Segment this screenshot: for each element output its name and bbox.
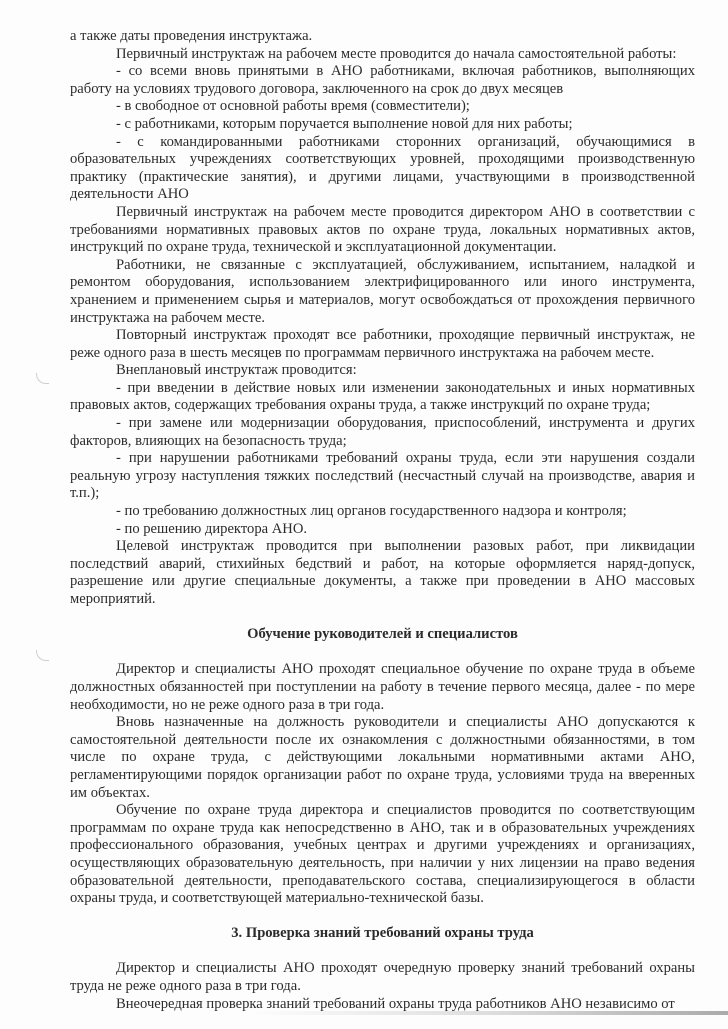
list-item: - при замене или модернизации оборудован…	[70, 415, 695, 450]
paragraph: Внеплановый инструктаж проводится:	[70, 362, 695, 380]
paragraph: Первичный инструктаж на рабочем месте пр…	[70, 46, 695, 64]
paragraph: Целевой инструктаж проводится при выполн…	[70, 538, 695, 608]
spacer	[70, 644, 695, 662]
scan-margin-mark	[36, 373, 49, 384]
list-item: - по требованию должностных лиц органов …	[70, 503, 695, 521]
section-heading: Обучение руководителей и специалистов	[70, 626, 695, 644]
paragraph: Обучение по охране труда директора и спе…	[70, 802, 695, 908]
spacer	[70, 943, 695, 961]
section-heading: 3. Проверка знаний требований охраны тру…	[70, 925, 695, 943]
paragraph: Директор и специалисты АНО проходят спец…	[70, 661, 695, 714]
paragraph: Директор и специалисты АНО проходят очер…	[70, 960, 695, 995]
list-item: - по решению директора АНО.	[70, 521, 695, 539]
paragraph: Первичный инструктаж на рабочем месте пр…	[70, 204, 695, 257]
list-item: - при введении в действие новых или изме…	[70, 380, 695, 415]
paragraph: Повторный инструктаж проходят все работн…	[70, 327, 695, 362]
scan-margin-mark	[36, 650, 49, 661]
paragraph: Работники, не связанные с эксплуатацией,…	[70, 257, 695, 327]
paragraph: Вновь назначенные на должность руководит…	[70, 714, 695, 802]
list-item: - со всеми вновь принятыми в АНО работни…	[70, 63, 695, 98]
paragraph: а также даты проведения инструктажа.	[70, 28, 695, 46]
list-item: - с командированными работниками сторонн…	[70, 134, 695, 204]
list-item: - с работниками, которым поручается выпо…	[70, 116, 695, 134]
paragraph: Внеочередная проверка знаний требований …	[70, 996, 695, 1014]
spacer	[70, 609, 695, 627]
spacer	[70, 908, 695, 926]
document-page: а также даты проведения инструктажа.Перв…	[70, 28, 695, 1013]
list-item: - при нарушении работниками требований о…	[70, 450, 695, 503]
list-item: - в свободное от основной работы время (…	[70, 98, 695, 116]
